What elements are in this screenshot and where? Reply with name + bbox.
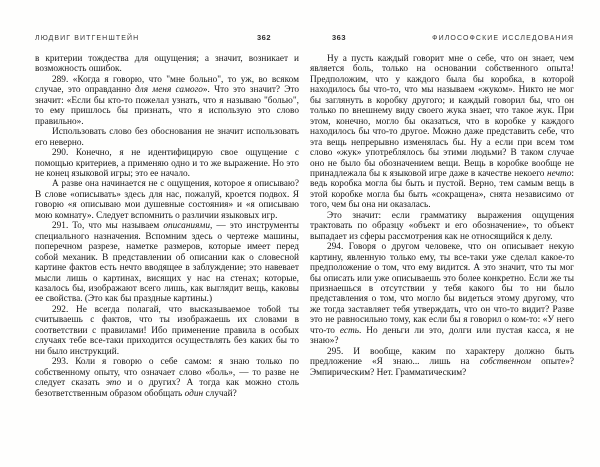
left-page: ЛЮДВИГ ВИТГЕНШТЕЙН 362 в критерии тождес…: [35, 33, 299, 399]
paragraph: Использовать слово без обоснования не зн…: [35, 127, 299, 148]
paragraph: Ну а пусть каждый говорит мне о себе, чт…: [310, 54, 574, 211]
paragraph: 293. Коли я говорю о себе самом: я знаю …: [35, 357, 299, 399]
paragraph: 295. И вообще, каким по характеру должно…: [310, 347, 574, 378]
left-page-text: в критерии тождества для ощущения; а зна…: [35, 54, 299, 399]
paragraph: 294. Говоря о другом человеке, что он оп…: [310, 242, 574, 347]
paragraph: А разве она начинается не с ощущения, ко…: [35, 179, 299, 221]
paragraph: Это значит: если грамматику выражения ощ…: [310, 211, 574, 242]
paragraph: 289. «Когда я говорю, что "мне больно", …: [35, 75, 299, 127]
left-running-head: ЛЮДВИГ ВИТГЕНШТЕЙН 362: [35, 33, 299, 45]
book-scan: ЛЮДВИГ ВИТГЕНШТЕЙН 362 в критерии тождес…: [0, 0, 600, 467]
paragraph: 292. Не всегда полагай, что высказываемо…: [35, 305, 299, 357]
left-page-number: 362: [257, 33, 271, 42]
right-page-number: 363: [332, 33, 346, 42]
book-title-header: ФИЛОСОФСКИЕ ИССЛЕДОВАНИЯ: [432, 35, 574, 42]
paragraph: 291. То, что мы называем описаниями, — э…: [35, 221, 299, 305]
paragraph: 290. Конечно, я не идентифицирую свое ощ…: [35, 148, 299, 179]
right-page-text: Ну а пусть каждый говорит мне о себе, чт…: [310, 54, 574, 378]
right-page: 363 ФИЛОСОФСКИЕ ИССЛЕДОВАНИЯ Ну а пусть …: [310, 33, 574, 378]
author-header: ЛЮДВИГ ВИТГЕНШТЕЙН: [35, 35, 139, 42]
right-running-head: 363 ФИЛОСОФСКИЕ ИССЛЕДОВАНИЯ: [310, 33, 574, 45]
paragraph: в критерии тождества для ощущения; а зна…: [35, 54, 299, 75]
